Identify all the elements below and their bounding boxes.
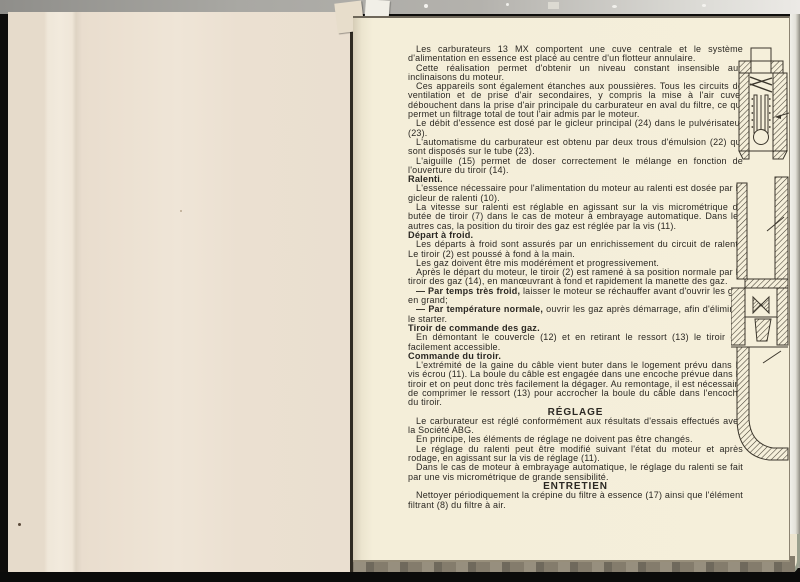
- paper-fleck: [18, 523, 21, 526]
- paragraph: Dans le cas de moteur à embrayage automa…: [408, 463, 743, 482]
- paragraph: L'aiguille (15) permet de doser correcte…: [408, 157, 743, 176]
- paper-fragment-tab: [548, 2, 559, 9]
- paragraph: Le débit d'essence est dosé par le gicle…: [408, 119, 743, 138]
- dust-speck: [506, 3, 509, 6]
- paragraph: Les carburateurs 13 MX comportent une cu…: [408, 45, 743, 64]
- paragraph: Les départs à froid sont assurés par un …: [408, 240, 743, 259]
- right-text-page: Les carburateurs 13 MX comportent une cu…: [353, 16, 790, 562]
- page-text-column: Les carburateurs 13 MX comportent une cu…: [408, 45, 743, 510]
- dash-note-cold: — Par temps très froid, laisser le moteu…: [408, 287, 743, 306]
- paragraph: L'automatisme du carburateur est obtenu …: [408, 138, 743, 157]
- scanned-book-spread: { "scan": { "left_page": { "content": ""…: [0, 0, 800, 582]
- paragraph: Le réglage du ralenti peut être modifié …: [408, 445, 743, 464]
- paragraph: L'extrémité de la gaine du câble vient b…: [408, 361, 743, 407]
- starter-plunger-section: [739, 48, 789, 159]
- paragraph: L'essence nécessaire pour l'alimentation…: [408, 184, 743, 203]
- paragraph: En démontant le couvercle (12) et en ret…: [408, 333, 743, 352]
- paragraph: Ces appareils sont également étanches au…: [408, 82, 743, 119]
- dust-speck: [612, 5, 617, 8]
- paragraph: Le carburateur est réglé conformément au…: [408, 417, 743, 436]
- dust-speck: [702, 4, 706, 7]
- float-bowl-section: [737, 347, 788, 460]
- needle-jet-section: [731, 279, 788, 347]
- dust-speck: [424, 4, 428, 8]
- paper-fleck: [180, 210, 182, 212]
- dash-note-normal: — Par température normale, ouvrir les ga…: [408, 305, 743, 324]
- scanner-bottom-strip: [0, 572, 800, 582]
- paragraph: Nettoyer périodiquement la crépine du fi…: [408, 491, 743, 510]
- left-blank-page: [8, 12, 353, 573]
- carburetor-cross-section-diagram: [731, 47, 790, 472]
- slide-tube-section: [737, 177, 788, 279]
- paragraph: Après le départ du moteur, le tiroir (2)…: [408, 268, 743, 287]
- paragraph: Cette réalisation permet d'obtenir un ni…: [408, 64, 743, 83]
- cover-edge-strip: [790, 8, 800, 568]
- paragraph: La vitesse sur ralenti est réglable en a…: [408, 203, 743, 231]
